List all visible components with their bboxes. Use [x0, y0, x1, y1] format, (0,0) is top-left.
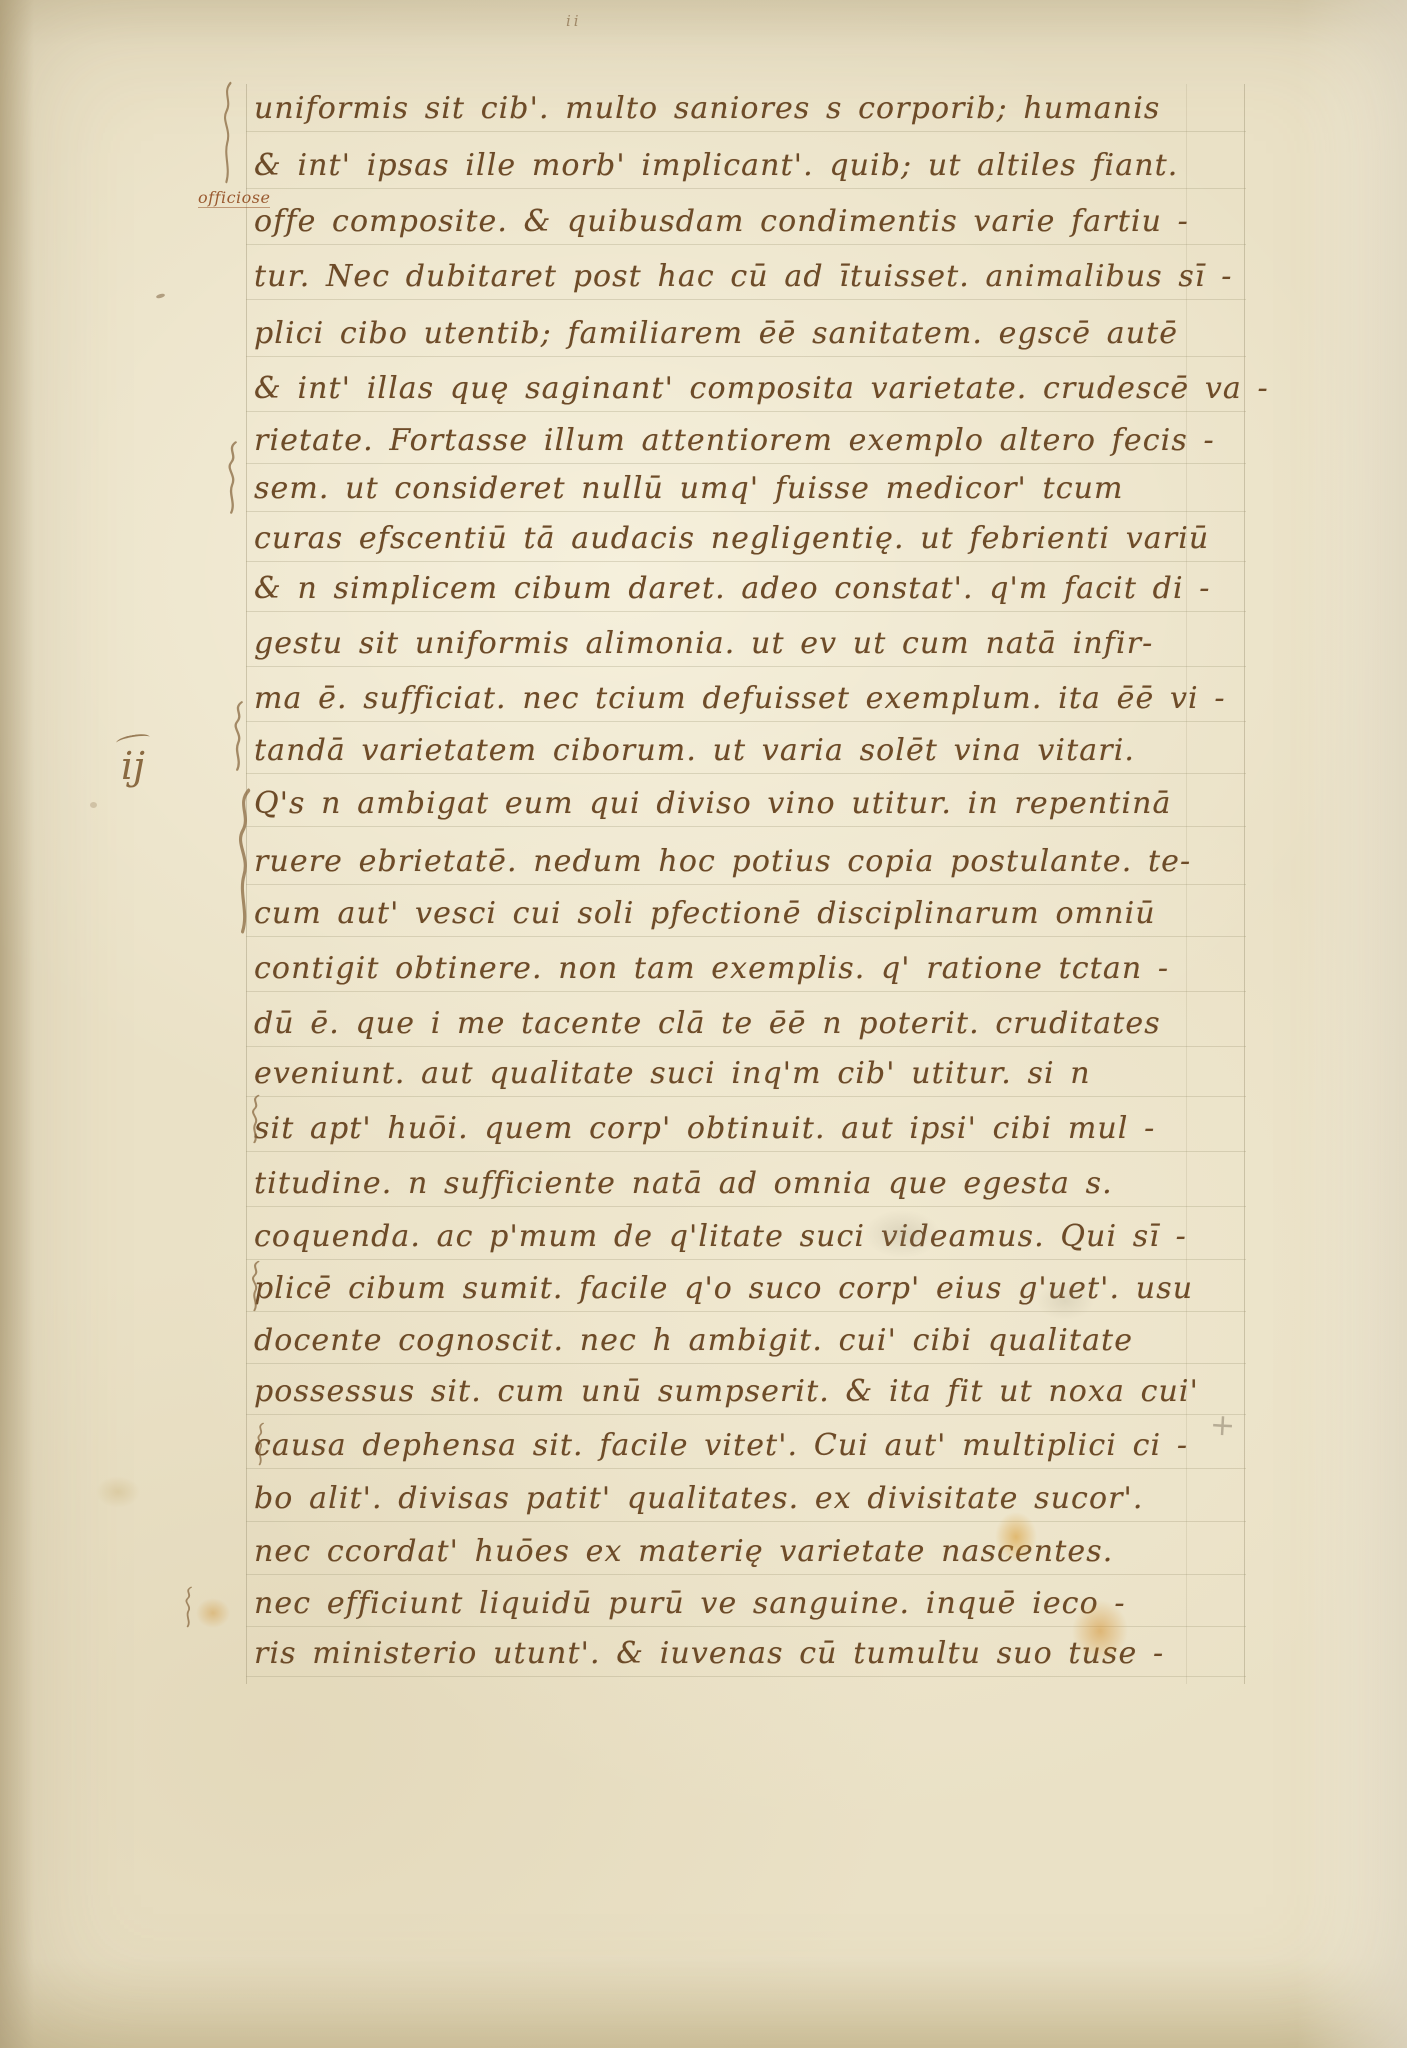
text-line: cum aut' vesci cui soli pfectionē discip…	[254, 899, 1156, 929]
ruled-line	[246, 1468, 1246, 1469]
ruled-line	[246, 244, 1246, 245]
ruled-line	[246, 721, 1246, 722]
text-line: Q's n ambigat eum qui diviso vino utitur…	[254, 789, 1172, 819]
text-line: sit apt' huōi. quem corp' obtinuit. aut …	[254, 1114, 1155, 1144]
ruled-line	[246, 666, 1246, 667]
margin-dot	[156, 293, 166, 299]
paragraph-mark-icon	[220, 80, 236, 185]
text-line: uniformis sit cib'. multo saniores s cor…	[254, 94, 1160, 124]
text-line: offe composite. & quibusdam condimentis …	[254, 207, 1189, 237]
text-line: docente cognoscit. nec h ambigit. cui' c…	[254, 1326, 1133, 1356]
interlinear-gloss: officiose	[198, 188, 270, 208]
ruled-line	[246, 773, 1246, 774]
ruled-line	[246, 1676, 1246, 1677]
ruled-line	[246, 1574, 1246, 1575]
ruled-line	[246, 826, 1246, 827]
top-page-mark: ii	[566, 12, 582, 30]
text-line: tur. Nec dubitaret post hac cū ad ītuiss…	[254, 262, 1232, 292]
text-line: contigit obtinere. non tam exemplis. q' …	[254, 954, 1169, 984]
ruled-line	[246, 1414, 1246, 1415]
paragraph-mark-icon	[248, 1094, 264, 1144]
paragraph-mark-icon	[248, 1260, 264, 1312]
paragraph-mark-icon	[230, 700, 248, 772]
ruled-line	[246, 936, 1246, 937]
text-line: dū ē. que i me tacente clā te ēē n poter…	[254, 1009, 1161, 1039]
text-line: rietate. Fortasse illum attentiorem exem…	[254, 426, 1215, 456]
text-line: causa dephensa sit. facile vitet'. Cui a…	[254, 1431, 1188, 1461]
text-line: possessus sit. cum unū sumpserit. & ita …	[254, 1377, 1199, 1407]
ruled-line	[246, 188, 1246, 189]
ruled-line	[246, 1311, 1246, 1312]
ruled-line	[246, 1206, 1246, 1207]
parchment-smudge	[864, 1210, 940, 1258]
ruled-line	[246, 611, 1246, 612]
ruled-line	[246, 411, 1246, 412]
quire-signature: ij	[108, 735, 158, 785]
parchment-stain	[995, 1512, 1037, 1562]
ruled-line	[246, 1259, 1246, 1260]
text-line: nec efficiunt liquidū purū ve sanguine. …	[254, 1589, 1126, 1619]
text-line: ma ē. sufficiat. nec tcium defuisset exe…	[254, 684, 1226, 714]
text-line: plici cibo utentib; familiarem ēē sanita…	[254, 319, 1178, 349]
parchment-stain	[196, 1598, 230, 1628]
ruled-line	[246, 991, 1246, 992]
paragraph-mark-icon	[224, 440, 242, 515]
ruled-line	[246, 131, 1246, 132]
ruled-line	[246, 299, 1246, 300]
ruled-line	[246, 561, 1246, 562]
ruled-line	[246, 511, 1246, 512]
text-line: titudine. n sufficiente natā ad omnia qu…	[254, 1169, 1113, 1199]
parchment-stain	[1072, 1600, 1128, 1662]
ruled-line	[246, 356, 1246, 357]
parchment-stain	[96, 1476, 140, 1508]
ruled-line	[246, 1096, 1246, 1097]
text-line: sem. ut consideret nullū umq' fuisse med…	[254, 474, 1124, 504]
ruled-line	[246, 1521, 1246, 1522]
text-line: bo alit'. divisas patit' qualitates. ex …	[254, 1484, 1144, 1514]
text-line: & int' illas quę saginant' composita var…	[254, 374, 1269, 404]
paragraph-mark-icon	[182, 1586, 196, 1628]
ruled-line	[246, 1046, 1246, 1047]
text-line: nec ccordat' huōes ex materię varietate …	[254, 1537, 1113, 1567]
text-line: & int' ipsas ille morb' implicant'. quib…	[254, 151, 1178, 181]
text-line: tandā varietatem ciborum. ut varia solēt…	[254, 736, 1135, 766]
text-line: eveniunt. aut qualitate suci inq'm cib' …	[254, 1059, 1091, 1089]
margin-cross-mark: +	[1209, 1407, 1236, 1443]
ruled-line	[246, 1363, 1246, 1364]
parchment-smudge	[1036, 1282, 1094, 1320]
ruled-line	[246, 463, 1246, 464]
margin-speck	[90, 802, 97, 808]
quire-signature-text: ij	[121, 744, 145, 788]
paragraph-mark-icon	[233, 786, 257, 936]
text-line: ruere ebrietatē. nedum hoc potius copia …	[254, 847, 1191, 877]
ruled-line	[246, 1151, 1246, 1152]
manuscript-page: uniformis sit cib'. multo saniores s cor…	[0, 0, 1407, 2048]
text-line: gestu sit uniformis alimonia. ut ev ut c…	[254, 629, 1153, 659]
text-line: ris ministerio utunt'. & iuvenas cū tumu…	[254, 1639, 1164, 1669]
text-line: coquenda. ac p'mum de q'litate suci vide…	[254, 1222, 1187, 1252]
text-line: curas efscentiū tā audacis negligentię. …	[254, 524, 1209, 554]
ruled-line	[246, 884, 1246, 885]
text-line: & n simplicem cibum daret. adeo constat'…	[254, 574, 1211, 604]
paragraph-mark-icon	[254, 1422, 268, 1466]
